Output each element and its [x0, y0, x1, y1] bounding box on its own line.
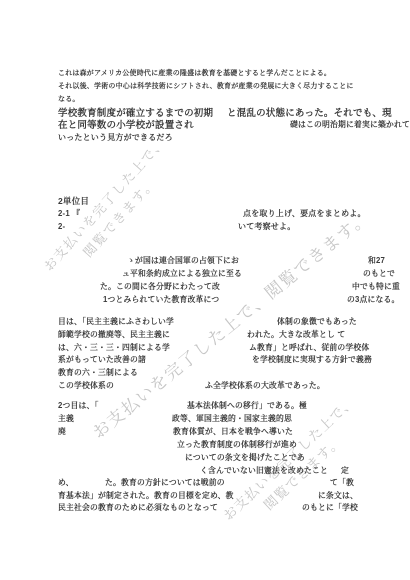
text-fragment: のもとで — [363, 270, 395, 278]
text-line: 2単位目 — [0, 197, 410, 209]
text-fragment: め、 — [58, 479, 74, 487]
text-fragment: これは森がアメリカ公使時代に産業の隆盛は教育を基礎とすると学んだことによる。 — [58, 70, 331, 77]
text-fragment: 立った教育制度の体制移行が進め — [177, 441, 297, 449]
text-fragment: 目は、「民主主義にふさわしい学 — [58, 318, 174, 326]
text-line: 民主社会の教育のために必須なものとなってのもとに「学校 — [0, 504, 410, 516]
text-fragment: 中でも特に重 — [352, 283, 400, 291]
text-fragment: に条文は、 — [318, 492, 358, 500]
text-fragment: われた。大きな改革とし て — [247, 331, 345, 339]
text-fragment: なる。 — [58, 96, 80, 103]
text-line: た。この間に各分野にわたって改中でも特に重 — [0, 283, 410, 295]
text-line: 系がもっていた改善の諸を学校制度に実現する方針で義務 — [0, 356, 410, 368]
text-fragment: 民主社会の教育のために必須なものとなって — [58, 504, 218, 512]
text-line: め、た。教育の方針については戦前のて「教 — [0, 479, 410, 491]
text-line: 2つ目は、「基本法体制への移行」である。極 — [0, 402, 410, 414]
text-fragment: を学校制度に実現する方針で義務 — [252, 356, 372, 364]
text-fragment: の3点になる。 — [347, 296, 400, 304]
text-fragment: 定 — [341, 467, 349, 475]
text-line: それ以後、学術の中心は科学技術にシフトされ、教育が産業の発展に大きく尽力すること… — [0, 83, 410, 95]
text-fragment: この学校体系の — [58, 382, 114, 390]
text-fragment: ム教育」と呼ばれ、従前の学校体 — [249, 344, 369, 352]
text-fragment: いて考察せよ。 — [238, 223, 295, 231]
text-fragment: 育基本法」が制定された。教育の目標を定め、教 — [58, 492, 234, 500]
text-line: なる。 — [0, 96, 410, 108]
text-line: 2-いて考察せよ。 — [0, 223, 410, 235]
text-line: 1つとみられていた教育改革につの3点になる。 — [0, 296, 410, 308]
text-fragment: ゝが国は連合国軍の占領下にお — [127, 257, 239, 265]
text-fragment: て「教 — [330, 479, 354, 487]
text-fragment: 和27 — [368, 257, 385, 265]
text-fragment: 廃 — [58, 428, 66, 436]
text-fragment: 学校教育制度が確立するまでの初期 — [58, 109, 213, 119]
text-fragment: た。この間に各分野にわたって改 — [100, 283, 220, 291]
text-fragment: 主義 — [58, 415, 74, 423]
text-fragment: と混乱の状態にあった。それでも、現 — [227, 109, 392, 119]
text-line: この学校体系のふ全学校体系の大改革であった。 — [0, 382, 410, 394]
text-line: についての条文を掲げたことであ — [0, 454, 410, 466]
text-fragment: 師範学校の撤廃等、民主主義に — [58, 331, 170, 339]
text-line: 主義政等、軍国主義的・国家主義的思 — [0, 415, 410, 427]
text-line: 目は、「民主主義にふさわしい学体制の象徴でもあった — [0, 318, 410, 330]
text-fragment: 基本法体制への移行」である。極 — [187, 402, 307, 410]
text-fragment: 教育の六・三制による — [58, 369, 138, 377]
text-line: 教育の六・三制による — [0, 369, 410, 381]
text-line: いったという見方ができるだろ — [0, 134, 410, 146]
text-fragment: 1つとみられていた教育改革につ — [103, 296, 219, 304]
text-fragment: それ以後、学術の中心は科学技術にシフトされ、教育が産業の発展に大きく尽力すること… — [58, 83, 354, 90]
text-line: ュ平和条約成立による独立に至るのもとで — [0, 270, 410, 282]
text-fragment: 体制の象徴でもあった — [277, 318, 357, 326]
text-fragment: 2- — [58, 223, 65, 231]
text-fragment: 2-1 『 — [58, 210, 80, 218]
text-fragment: 教育体質が、日本を戦争へ導いた — [173, 428, 293, 436]
text-line: 廃教育体質が、日本を戦争へ導いた — [0, 428, 410, 440]
text-fragment: 2単位目 — [58, 197, 89, 206]
text-fragment: 政等、軍国主義的・国家主義的思 — [172, 415, 292, 423]
document-page: お支払いを完了した上で、 閲覧できます。 お支払いを完了した上で、閲覧できます。… — [0, 0, 410, 580]
text-fragment: は、六・三・三・四制による学 — [58, 344, 170, 352]
text-fragment: についての条文を掲げたことであ — [185, 454, 305, 462]
text-line: これは森がアメリカ公使時代に産業の隆盛は教育を基礎とすると学んだことによる。 — [0, 70, 410, 82]
text-fragment: く含んでいない旧憲法を改めたこと — [200, 467, 328, 475]
text-line: 師範学校の撤廃等、民主主義にわれた。大きな改革とし て — [0, 331, 410, 343]
text-fragment: ュ平和条約成立による独立に至る — [122, 270, 242, 278]
text-fragment: ふ全学校体系の大改革であった。 — [205, 382, 325, 390]
text-line: 立った教育制度の体制移行が進め — [0, 441, 410, 453]
text-fragment: のもとに「学校 — [302, 504, 358, 512]
text-fragment: 点を取り上げ、要点をまとめよ。 — [243, 210, 366, 218]
text-line: 在と同等数の小学校が設置され礎はこの明治期に着実に築かれて — [0, 121, 410, 133]
text-line: 2-1 『点を取り上げ、要点をまとめよ。 — [0, 210, 410, 222]
text-fragment: いったという見方ができるだろ — [58, 134, 173, 142]
text-fragment: 系がもっていた改善の諸 — [58, 356, 146, 364]
text-fragment: 在と同等数の小学校が設置され — [58, 121, 194, 131]
text-fragment: 礎はこの明治期に着実に築かれて — [290, 121, 410, 129]
text-line: ゝが国は連合国軍の占領下にお和27 — [0, 257, 410, 269]
text-fragment: 2つ目は、「 — [58, 402, 99, 410]
text-fragment: た。教育の方針については戦前の — [105, 479, 225, 487]
